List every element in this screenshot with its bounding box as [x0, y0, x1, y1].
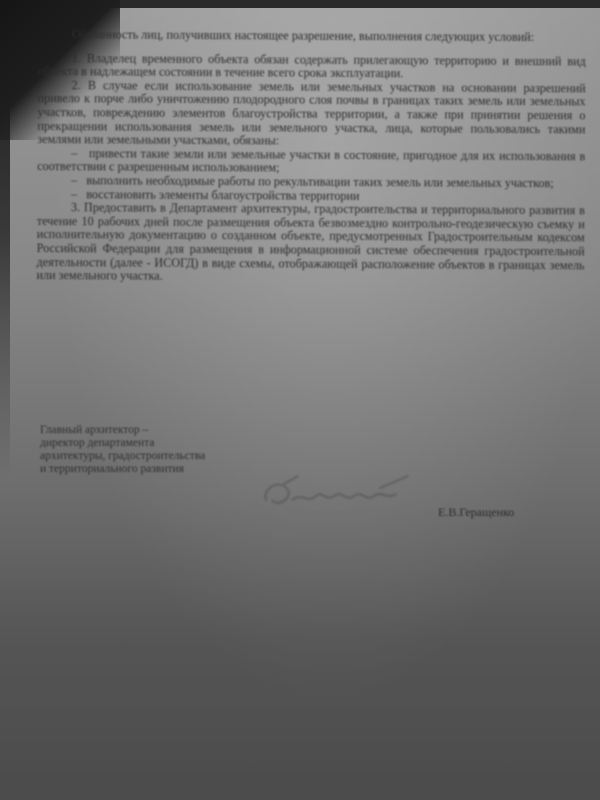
item-3: 3. Предоставить в Департамент архитектур…: [36, 201, 584, 286]
document-photo: Обязанность лиц, получивших настоящее ра…: [0, 0, 600, 800]
item-text: В случае если использование земель или з…: [37, 78, 585, 148]
role-line: директор департамента: [40, 437, 240, 450]
item-text: Предоставить в Департамент архитектуры, …: [36, 200, 585, 282]
signer-role: Главный архитектор – директор департамен…: [40, 424, 240, 476]
item-number: 1.: [72, 51, 81, 65]
role-line: Главный архитектор –: [40, 424, 240, 437]
item-number: 2.: [72, 78, 81, 92]
document-body: Обязанность лиц, получивших настоящее ра…: [36, 28, 586, 286]
bullet-text: привести такие земли или земельные участ…: [37, 146, 585, 175]
item-number: 3.: [71, 200, 80, 214]
item-2: 2. В случае если использование земель ил…: [37, 79, 585, 150]
role-line: архитектуры, градостроительства: [40, 450, 240, 463]
role-line: и территориального развития: [40, 463, 240, 476]
item-text: Владелец временного объекта обязан содер…: [38, 51, 586, 81]
signature-block: Главный архитектор – директор департамен…: [40, 424, 580, 476]
signer-name: Е.В.Геращенко: [438, 505, 514, 520]
handwritten-signature: [258, 470, 418, 520]
